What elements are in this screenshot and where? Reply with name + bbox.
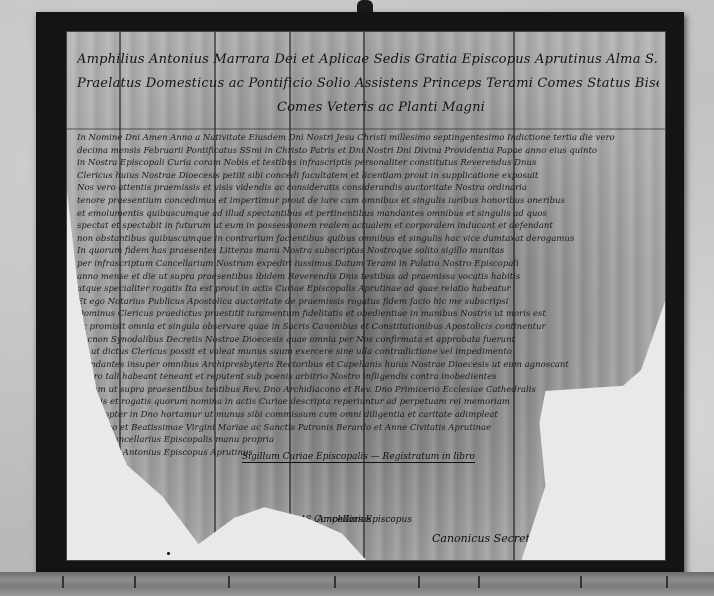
body-line: necnon Synodalibus Decretis Nostrae Dioe… [77, 334, 662, 347]
body-line: Et ego Notarius Publicus Apostolica auct… [77, 296, 662, 309]
body-line: Datum ut supra praesentibus testibus Rev… [77, 384, 662, 397]
frame-mat: Amphilius Antonius Marrara Dei et Aplica… [66, 31, 666, 561]
picture-frame: Amphilius Antonius Marrara Dei et Aplica… [36, 12, 684, 576]
body-line: et pro tali habeant teneant et reputent … [77, 371, 662, 384]
body-line: Dominus Clericus praedictus praestitit i… [77, 308, 662, 321]
body-line: Clericus huius Nostrae Dioecesis petiit … [77, 170, 662, 183]
body-line: Quapropter in Dno hortamur ut munus sibi… [77, 409, 662, 422]
body-line: In Nomine Dni Amen Anno a Nativitate Eiu… [77, 132, 662, 145]
registration-note: Sigillum Curiae Episcopalis — Registratu… [242, 452, 475, 463]
body-line: per infrascriptum Cancellarium Nostrum e… [77, 258, 662, 271]
body-line: Nos vero attentis praemissis et visis vi… [77, 182, 662, 195]
body-line: ac promisit omnia et singula observare q… [77, 321, 662, 334]
body-line: ita ut dictus Clericus possit et valeat … [77, 346, 662, 359]
wall-molding [0, 572, 714, 596]
body-line: et emolumentis quibuscumque ad illud spe… [77, 208, 662, 221]
body-line: In quorum fidem has praesentes Litteras … [77, 245, 662, 258]
fold-line [67, 128, 665, 130]
body-line: anno mense et die ut supra praesentibus … [77, 271, 662, 284]
body-line: Ita est Cancellarius Episcopalis manu pr… [77, 434, 662, 447]
body-line: spectat et spectabit in futurum ut eum i… [77, 220, 662, 233]
heading-line-3: Comes Veteris ac Planti Magni [277, 100, 659, 115]
document-body: In Nomine Dni Amen Anno a Nativitate Eiu… [77, 132, 662, 472]
body-line: in Nostra Episcopali Curia coram Nobis e… [77, 157, 662, 170]
heading-line-1: Amphilius Antonius Marrara Dei et Aplica… [77, 52, 659, 67]
body-line: non obstantibus quibuscumque in contrari… [77, 233, 662, 246]
dust-speck [167, 552, 170, 555]
body-line: atque specialiter rogatis Ita est prout … [77, 283, 662, 296]
signature-center: Canonicus Secretarius [432, 532, 558, 545]
body-line: decima mensis Februarii Pontificatus SSm… [77, 145, 662, 158]
body-line: vocatis et rogatis quorum nomina in acti… [77, 396, 662, 409]
heading-line-2: Praelatus Domesticus ac Pontificio Solio… [77, 76, 659, 91]
signature-left-2: Amphilius Episcopus [317, 515, 412, 525]
body-line: tenore praesentium concedimus et imperti… [77, 195, 662, 208]
body-line: mandantes insuper omnibus Archipresbyter… [77, 359, 662, 372]
body-line: Laus Deo et Beatissimae Virgini Mariae a… [77, 422, 662, 435]
parchment-document: Amphilius Antonius Marrara Dei et Aplica… [67, 32, 665, 560]
